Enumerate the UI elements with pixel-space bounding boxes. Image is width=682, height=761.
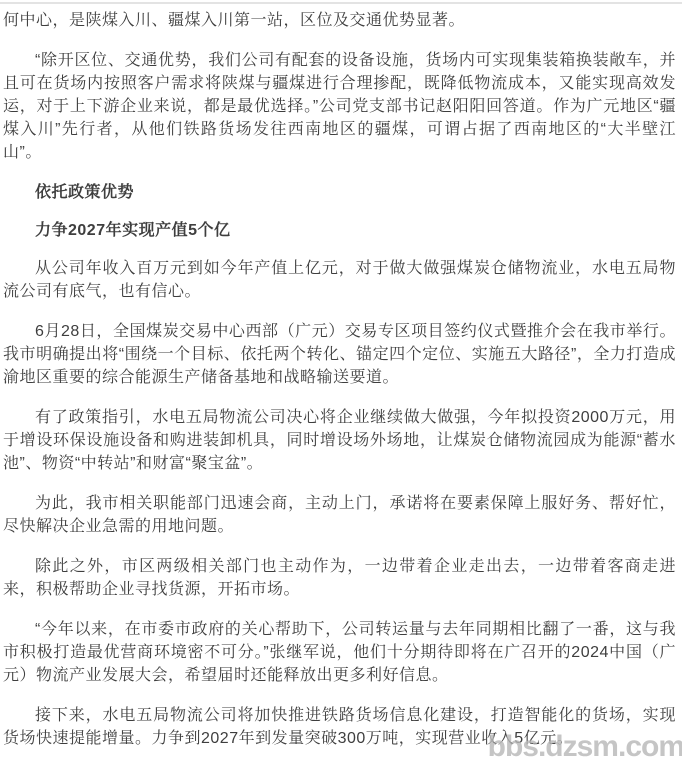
article-paragraph: 有了政策指引，水电五局物流公司决心将企业继续做大做强，今年拟投资2000万元，用…	[3, 406, 676, 475]
article-paragraph: 6月28日，全国煤炭交易中心西部（广元）交易专区项目签约仪式暨推介会在我市举行。…	[3, 320, 676, 389]
section-heading: 力争2027年实现产值5个亿	[3, 219, 676, 242]
article-paragraph: 从公司年收入百万元到如今年产值上亿元，对于做大做强煤炭仓储物流业，水电五局物流公…	[3, 257, 676, 303]
article-body: 何中心，是陕煤入川、疆煤入川第一站，区位及交通优势显著。 “除开区位、交通优势，…	[0, 4, 682, 761]
article-paragraph: “今年以来，在市委市政府的关心帮助下，公司转运量与去年同期相比翻了一番，这与我市…	[3, 618, 676, 687]
article-paragraph: 为此，我市相关职能部门迅速会商，主动上门，承诺将在要素保障上服好务、帮好忙，尽快…	[3, 492, 676, 538]
section-heading: 依托政策优势	[3, 181, 676, 204]
article-paragraph-continuation: 何中心，是陕煤入川、疆煤入川第一站，区位及交通优势显著。	[3, 9, 676, 32]
article-paragraph: 除此之外，市区两级相关部门也主动作为，一边带着企业走出去，一边带着客商走进来，积…	[3, 555, 676, 601]
article-paragraph: 接下来，水电五局物流公司将加快推进铁路货场信息化建设，打造智能化的货场，实现货场…	[3, 704, 676, 750]
article-paragraph: “除开区位、交通优势，我们公司有配套的设备设施，货场内可实现集装箱换装敞车，并且…	[3, 49, 676, 164]
